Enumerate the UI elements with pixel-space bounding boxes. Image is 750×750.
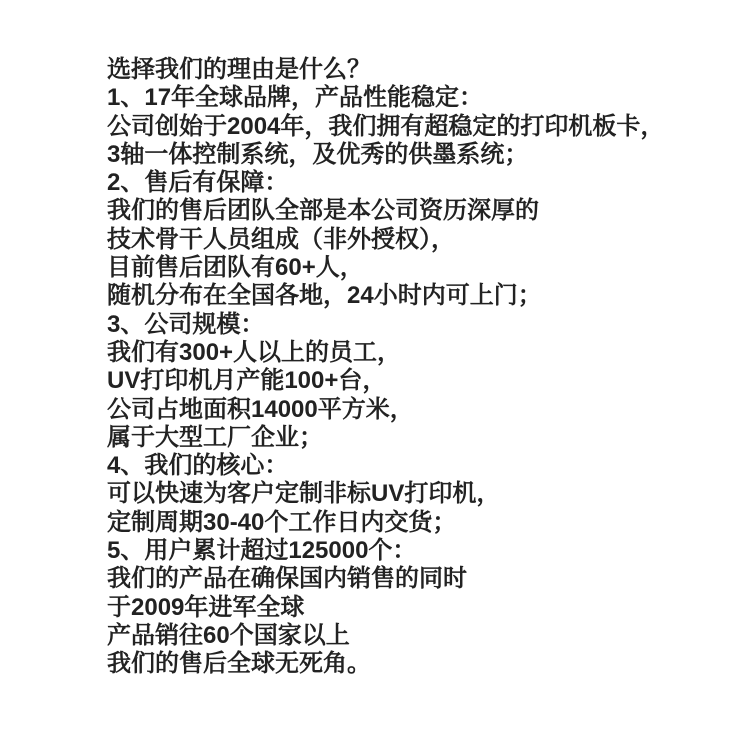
section-4-line: 可以快速为客户定制非标UV打印机，: [107, 480, 710, 508]
section-2-line: 技术骨干人员组成（非外授权），: [107, 226, 710, 254]
section-5-heading: 5、用户累计超过125000个：: [107, 537, 710, 565]
section-5-line: 产品销往60个国家以上: [107, 622, 710, 650]
section-1-heading: 1、17年全球品牌，产品性能稳定：: [107, 84, 710, 112]
section-3-heading: 3、公司规模：: [107, 311, 710, 339]
section-5-line: 于2009年进军全球: [107, 594, 710, 622]
section-3-line: 属于大型工厂企业；: [107, 424, 710, 452]
section-4-line: 定制周期30-40个工作日内交货；: [107, 509, 710, 537]
section-2-line: 我们的售后团队全部是本公司资历深厚的: [107, 197, 710, 225]
section-3-line: 我们有300+人以上的员工，: [107, 339, 710, 367]
product-description-page: 选择我们的理由是什么？ 1、17年全球品牌，产品性能稳定： 公司创始于2004年…: [0, 0, 750, 679]
section-2-line: 目前售后团队有60+人，: [107, 254, 710, 282]
doc-title: 选择我们的理由是什么？: [107, 56, 710, 84]
section-1-line: 3轴一体控制系统，及优秀的供墨系统；: [107, 141, 710, 169]
section-2-line: 随机分布在全国各地，24小时内可上门；: [107, 282, 710, 310]
section-4-heading: 4、我们的核心：: [107, 452, 710, 480]
section-3-line: UV打印机月产能100+台，: [107, 367, 710, 395]
section-3-line: 公司占地面积14000平方米，: [107, 396, 710, 424]
section-1-line: 公司创始于2004年，我们拥有超稳定的打印机板卡，: [107, 113, 710, 141]
section-5-line: 我们的售后全球无死角。: [107, 650, 710, 678]
section-2-heading: 2、售后有保障：: [107, 169, 710, 197]
section-5-line: 我们的产品在确保国内销售的同时: [107, 565, 710, 593]
